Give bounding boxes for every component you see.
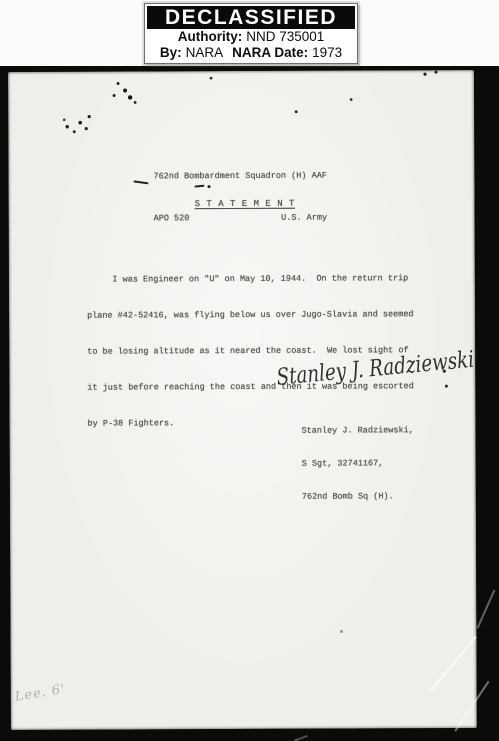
signature-script-text: Stanley J. Radziewski (276, 347, 476, 391)
signed-name: Stanley J. Radziewski, (302, 425, 414, 436)
stamp-date-value: 1973 (312, 45, 342, 60)
scan-scratch (477, 590, 495, 629)
handwritten-signature: Stanley J. Radziewski (275, 350, 485, 406)
scan-top-margin: DECLASSIFIED Authority:NND 735001 By:NAR… (0, 0, 499, 66)
stamp-by-value: NARA (186, 45, 224, 60)
stamp-authority-line: Authority:NND 735001 (147, 29, 355, 45)
statement-body-line: I was Engineer on "U" on May 10, 1944. O… (87, 272, 414, 285)
scan-scratch (294, 735, 308, 741)
signed-unit: 762nd Bomb Sq (H). (302, 491, 414, 502)
unit-header-line2: APO 520 U.S. Army (154, 211, 327, 226)
declassified-stamp: DECLASSIFIED Authority:NND 735001 By:NAR… (144, 3, 358, 64)
scan-mark (133, 180, 148, 184)
stamp-by-label: By: (160, 45, 182, 60)
statement-body-line: plane #42-52416, was flying below us ove… (87, 308, 414, 321)
unit-header-line1: 762nd Bombardment Squadron (H) AAF (153, 169, 326, 184)
document-page: 762nd Bombardment Squadron (H) AAF APO 5… (8, 70, 477, 730)
scan-speckles (8, 72, 10, 74)
unit-header: 762nd Bombardment Squadron (H) AAF APO 5… (153, 141, 327, 254)
statement-title: S T A T E M E N T (195, 199, 295, 209)
stamp-date-label: NARA Date: (232, 45, 308, 60)
signed-rank-serial: S Sgt, 32741167, (302, 458, 414, 469)
stamp-authority-label: Authority: (178, 29, 243, 44)
scanned-document: DECLASSIFIED Authority:NND 735001 By:NAR… (0, 0, 499, 741)
stamp-by-line: By:NARANARA Date:1973 (147, 45, 355, 61)
stamp-authority-value: NND 735001 (246, 29, 324, 44)
declassified-stamp-title: DECLASSIFIED (147, 6, 355, 29)
signature-block: Stanley J. Radziewski, S Sgt, 32741167, … (301, 403, 414, 524)
pencil-annotation: Lee. 6' (14, 682, 67, 705)
